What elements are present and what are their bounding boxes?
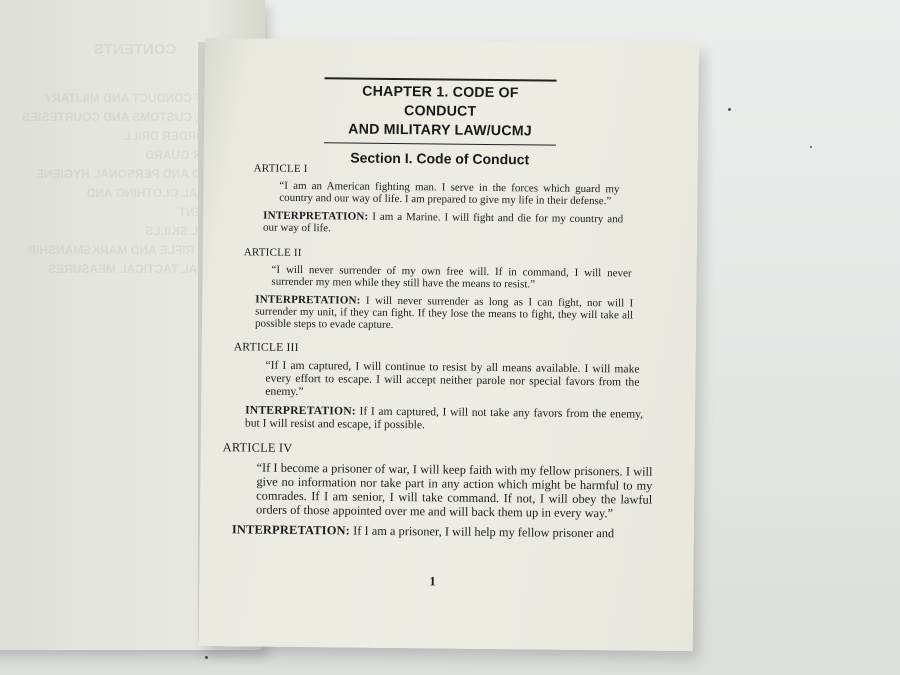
- page-number: 1: [429, 573, 436, 589]
- bottom-rule: [324, 142, 556, 146]
- article-quote: “I will never surrender of my own free w…: [271, 264, 631, 292]
- dust-speck: [728, 108, 731, 111]
- interpretation-text: If I am a prisoner, I will help my fello…: [353, 524, 614, 541]
- interpretation: INTERPRETATION: I am a Marine. I will fi…: [263, 210, 623, 238]
- interpretation-label: INTERPRETATION:: [232, 522, 350, 537]
- chapter-title-line: AND MILITARY LAW/UCMJ: [324, 120, 556, 141]
- article-label: ARTICLE II: [244, 246, 634, 262]
- interpretation: INTERPRETATION: If I am a prisoner, I wi…: [232, 522, 656, 540]
- book-page: CHAPTER 1. CODE OF CONDUCT AND MILITARY …: [199, 38, 699, 651]
- article: ARTICLE I “I am an American fighting man…: [253, 163, 624, 238]
- chapter-title-line: CHAPTER 1. CODE OF CONDUCT: [324, 82, 556, 122]
- article-quote: “I am an American fighting man. I serve …: [279, 180, 619, 208]
- interpretation: INTERPRETATION: If I am captured, I will…: [245, 403, 643, 433]
- interpretation-label: INTERPRETATION:: [263, 210, 368, 223]
- top-rule: [325, 77, 557, 81]
- article-label: ARTICLE I: [254, 163, 624, 179]
- chapter-title: CHAPTER 1. CODE OF CONDUCT AND MILITARY …: [324, 82, 557, 141]
- interpretation: INTERPRETATION: I will never surrender a…: [255, 294, 633, 334]
- interpretation-label: INTERPRETATION:: [255, 294, 360, 307]
- article-quote: “If I am captured, I will continue to re…: [265, 359, 639, 402]
- interpretation-label: INTERPRETATION:: [245, 403, 356, 417]
- article: ARTICLE IV “If I become a prisoner of wa…: [222, 440, 655, 541]
- dust-speck: [810, 146, 812, 148]
- article: ARTICLE II “I will never surrender of my…: [243, 246, 634, 333]
- article: ARTICLE III “If I am captured, I will co…: [233, 340, 644, 433]
- chapter-header: CHAPTER 1. CODE OF CONDUCT AND MILITARY …: [324, 77, 557, 167]
- dust-speck: [205, 656, 208, 659]
- article-quote: “If I become a prisoner of war, I will k…: [256, 461, 653, 521]
- article-label: ARTICLE III: [234, 340, 644, 357]
- article-label: ARTICLE IV: [223, 440, 655, 460]
